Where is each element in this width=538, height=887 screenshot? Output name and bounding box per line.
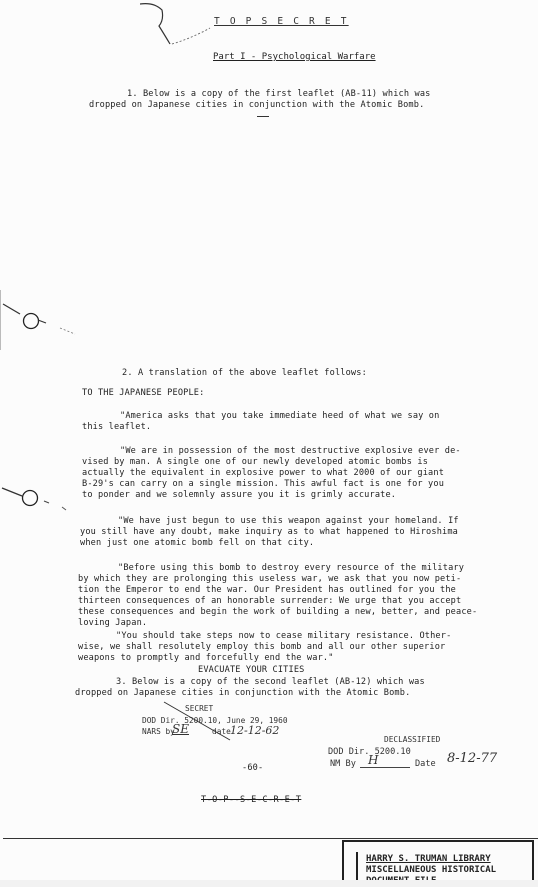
paragraph-3-line-1: 3. Below is a copy of the second leaflet… (116, 677, 425, 688)
binder-hole-mark-1 (0, 298, 80, 338)
declassified-stamp-by-value: H (368, 753, 378, 767)
signature-line (360, 767, 410, 768)
classification-header: T O P S E C R E T (214, 16, 349, 27)
part-title: Part I - Psychological Warfare (213, 52, 376, 62)
document-page: T O P S E C R E T Part I - Psychological… (0, 0, 538, 887)
paragraph-3-line-2: dropped on Japanese cities in conjunctio… (75, 688, 410, 699)
leaflet-para-2-line-3: actually the equivalent in explosive pow… (82, 468, 444, 479)
leaflet-para-5-line-3: weapons to promptly and forcefully end t… (78, 653, 334, 664)
leaflet-para-2-line-1: "We are in possession of the most destru… (120, 446, 461, 457)
paragraph-2-line-1: 2. A translation of the above leaflet fo… (122, 368, 367, 379)
leaflet-para-3-line-1: "We have just begun to use this weapon a… (118, 516, 459, 527)
small-dash-mark (257, 116, 269, 117)
page-number: -60- (242, 763, 263, 774)
page-edge-line (3, 838, 538, 839)
declassified-stamp-date-value: 8-12-77 (447, 751, 497, 766)
leaflet-para-2-line-2: vised by man. A single one of our newly … (82, 457, 428, 468)
strike-through-mark (160, 700, 240, 742)
classification-footer: T-O-P--S-E-C-R-E-T (201, 795, 301, 806)
scan-bottom-strip (0, 880, 538, 887)
left-edge-line (0, 290, 1, 350)
paragraph-1-line-1: 1. Below is a copy of the first leaflet … (127, 89, 430, 100)
archive-label-line-2: MISCELLANEOUS HISTORICAL (366, 865, 496, 875)
archive-label-line-1: HARRY S. TRUMAN LIBRARY (366, 854, 491, 864)
leaflet-para-1-line-1: "America asks that you take immediate he… (120, 411, 439, 422)
leaflet-para-3-line-2: you still have any doubt, make inquiry a… (80, 527, 458, 538)
declassified-stamp-by-label: NM By (330, 759, 356, 769)
leaflet-para-2-line-4: B-29's can carry on a single mission. Th… (82, 479, 444, 490)
declassified-stamp-label: DECLASSIFIED (384, 735, 440, 744)
leaflet-para-5-line-1: "You should take steps now to cease mili… (116, 631, 451, 642)
binder-hole-mark-2 (0, 480, 70, 520)
paragraph-1-line-2: dropped on Japanese cities in conjunctio… (89, 100, 424, 111)
leaflet-para-3-line-3: when just one atomic bomb fell on that c… (80, 538, 314, 549)
leaflet-para-4-line-3: tion the Emperor to end the war. Our Pre… (78, 585, 456, 596)
leaflet-para-5-line-2: wise, we shall resolutely employ this bo… (78, 642, 445, 653)
leaflet-para-1-line-2: this leaflet. (82, 422, 151, 433)
declassified-stamp-date-label: Date (415, 759, 436, 769)
closing-line: EVACUATE YOUR CITIES (198, 665, 304, 676)
salutation: TO THE JAPANESE PEOPLE: (82, 388, 204, 399)
leaflet-para-4-line-4: thirteen consequences of an honorable su… (78, 596, 461, 607)
leaflet-para-2-line-5: to ponder and we solemnly assure you it … (82, 490, 396, 501)
leaflet-para-4-line-1: "Before using this bomb to destroy every… (118, 563, 464, 574)
leaflet-para-4-line-6: loving Japan. (78, 618, 147, 629)
leaflet-para-4-line-2: by which they are prolonging this useles… (78, 574, 461, 585)
leaflet-para-4-line-5: these consequences and begin the work of… (78, 607, 477, 618)
